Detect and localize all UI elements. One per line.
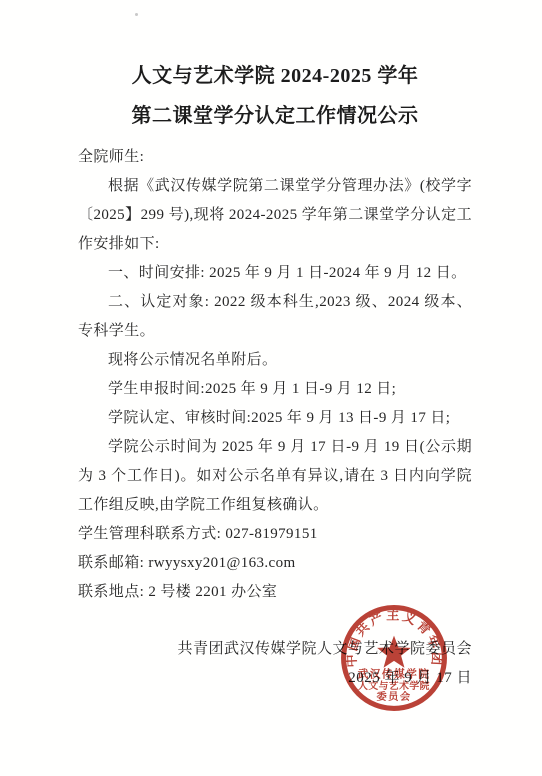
paragraph-review-time: 学院认定、审核时间:2025 年 9 月 13 日-9 月 17 日; xyxy=(78,404,472,433)
scan-speck xyxy=(135,13,138,16)
document-content: 人文与艺术学院 2024-2025 学年 第二课堂学分认定工作情况公示 全院师生… xyxy=(78,56,472,693)
paragraph-basis: 根据《武汉传媒学院第二课堂学分管理办法》(校学字〔2025】299 号),现将 … xyxy=(78,172,472,259)
item-schedule: 一、时间安排: 2025 年 9 月 1 日-2024 年 9 月 12 日。 xyxy=(78,259,472,288)
salutation: 全院师生: xyxy=(78,143,472,172)
signature-block: 共青团武汉传媒学院人文与艺术学院委员会 2025 年 9 月 17 日 xyxy=(78,635,472,693)
contact-address: 联系地点: 2 号楼 2201 办公室 xyxy=(78,578,472,607)
paragraph-apply-time: 学生申报时间:2025 年 9 月 1 日-9 月 12 日; xyxy=(78,375,472,404)
paragraph-list-note: 现将公示情况名单附后。 xyxy=(78,346,472,375)
paragraph-publicity-time: 学院公示时间为 2025 年 9 月 17 日-9 月 19 日(公示期为 3 … xyxy=(78,433,472,520)
document-title-line-2: 第二课堂学分认定工作情况公示 xyxy=(78,96,472,136)
signature-date: 2025 年 9 月 17 日 xyxy=(78,664,472,693)
contact-email: 联系邮箱: rwyysxy201@163.com xyxy=(78,549,472,578)
document-body: 全院师生: 根据《武汉传媒学院第二课堂学分管理办法》(校学字〔2025】299 … xyxy=(78,143,472,607)
document-page: 人文与艺术学院 2024-2025 学年 第二课堂学分认定工作情况公示 全院师生… xyxy=(0,0,542,776)
item-target: 二、认定对象: 2022 级本科生,2023 级、2024 级本、专科学生。 xyxy=(78,288,472,346)
document-title-line-1: 人文与艺术学院 2024-2025 学年 xyxy=(78,56,472,96)
contact-phone: 学生管理科联系方式: 027-81979151 xyxy=(78,520,472,549)
signature-committee: 共青团武汉传媒学院人文与艺术学院委员会 xyxy=(78,635,472,664)
